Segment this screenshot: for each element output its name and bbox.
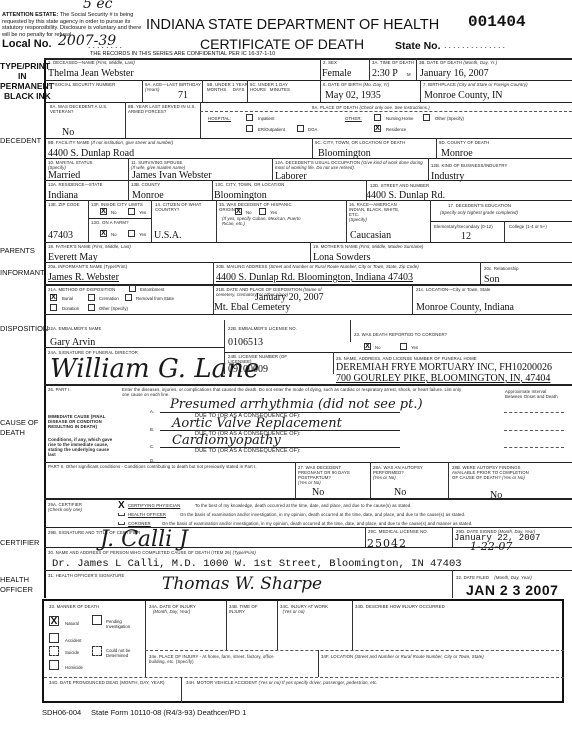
sex-value: Female xyxy=(322,68,351,79)
farm-yes-checkbox[interactable] xyxy=(128,230,135,237)
deceased-name: Thelma Jean Webster xyxy=(48,68,134,79)
embalmer-label: 22a. EMBALMER'S NAME xyxy=(48,326,101,331)
injury-place-label: 34e. PLACE OF INJURY - At home, farm, st… xyxy=(149,654,289,664)
part1-instructions: Enter the diseases, injuries, or complic… xyxy=(122,387,462,397)
disposition-location-label: 21c. LOCATION—City or Town, State xyxy=(416,287,491,292)
education-label: 17. DECEDENT'S EDUCATION xyxy=(448,203,511,208)
spouse-label: 11. SURVIVING SPOUSE(If wife, give maide… xyxy=(131,160,185,170)
funeral-home-line2: 700 GOURLEY PIKE, BLOOMINGTON, IN, 47404 xyxy=(336,373,550,384)
immediate-cause-label: IMMEDIATE CAUSE (Final disease or condit… xyxy=(48,414,118,429)
veteran-label: 8a. WAS DECEDENT A U.S. VETERAN? xyxy=(50,104,120,114)
marital-label: 10. MARITAL STATUS(Specify) xyxy=(48,160,93,170)
side-health: HEALTH xyxy=(0,575,29,584)
informant-address: 4400 S. Dunlap Rd. Bloomington, Indiana … xyxy=(216,272,413,283)
under-1-year-label: 5b. UNDER 1 YEARMonths Days xyxy=(207,82,248,92)
coroner-yes-checkbox[interactable] xyxy=(400,343,407,350)
director-license: 09100009 xyxy=(228,364,268,375)
zip-label: 13e. ZIP CODE xyxy=(48,202,80,207)
date-filed-stamp: JAN 2 3 2007 xyxy=(466,582,558,598)
director-license-label: 24b. LICENSE NUMBER (of Licensee) xyxy=(228,354,288,364)
injury-date-label: 34a. DATE OF INJURY (Month, Day, Year) xyxy=(149,604,196,614)
city-limits-yes-checkbox[interactable] xyxy=(128,208,135,215)
medical-license-value: 25042 xyxy=(367,537,407,550)
completer-label: 30. NAME AND ADDRESS OF PERSON WHO COMPL… xyxy=(48,550,256,555)
burial-checkbox[interactable]: X xyxy=(50,294,57,301)
year-served-label: 8b. YEAR LAST SERVED IN U.S. ARMED FORCE… xyxy=(128,104,206,114)
res-state-label: 13a. RESIDENCE—STATE xyxy=(48,182,103,187)
part2-label: PART II. Other significant conditions - … xyxy=(48,464,257,469)
death-city-label: 9c. CITY, TOWN, OR LOCATION OF DEATH xyxy=(315,140,405,145)
ssn-label: 4. *SOCIAL SECURITY NUMBER xyxy=(48,82,115,87)
pregnant-label: 27. WAS DECEDENT PREGNANT OR 90 DAYS POS… xyxy=(298,465,363,485)
motor-vehicle-label: 34h. MOTOR VEHICLE ACCIDENT (Yes or no) … xyxy=(186,680,378,685)
funeral-home-label: 25. NAME, ADDRESS, AND LICENSE NUMBER OF… xyxy=(336,356,477,361)
city-limits-label: 13f. INSIDE CITY LIMITS xyxy=(91,202,143,207)
time-label: 3a. TIME OF DEATH xyxy=(372,60,414,65)
under-1-day-label: 5c. UNDER 1 DAYHours Minutes xyxy=(250,82,290,92)
serial-number: 001404 xyxy=(468,13,526,31)
disposition-place: Mt. Ebal Cemetery xyxy=(214,302,290,313)
birthplace-label: 7. BIRTHPLACE (City and State or Foreign… xyxy=(423,82,528,87)
informant-name: James R. Webster xyxy=(48,272,119,283)
side-officer: OFFICER xyxy=(0,585,33,594)
disposition-location: Monroe County, Indiana xyxy=(416,302,514,313)
health-officer-signature: Thomas W. Sharpe xyxy=(162,574,322,594)
other-disposition-checkbox[interactable] xyxy=(88,304,95,311)
health-officer-checkbox[interactable] xyxy=(118,513,125,516)
state-no-label: State No. xyxy=(395,40,441,52)
manner-label: 33. MANNER OF DEATH xyxy=(49,604,99,609)
age-value: 71 xyxy=(178,90,188,101)
res-county-label: 13b. COUNTY xyxy=(131,182,160,187)
other-specify-checkbox[interactable] xyxy=(423,114,430,121)
findings-label: 28b. WERE AUTOPSY FINDINGS AVAILABLE PRI… xyxy=(452,465,532,480)
side-informant: INFORMANT xyxy=(0,268,45,277)
accident-checkbox[interactable] xyxy=(49,633,59,643)
cause-line-c: Cardiomyopathy xyxy=(172,433,281,448)
state-no-field[interactable]: .............. xyxy=(444,40,507,50)
completer-value: Dr. James L Calli, M.D. 1000 W. 1st Stre… xyxy=(52,558,462,570)
side-cause-of: CAUSE OF xyxy=(0,418,38,427)
farm-label: 13g. ON A FARM? xyxy=(91,220,129,225)
side-in: IN xyxy=(18,72,27,81)
city-limits-no-checkbox[interactable]: X xyxy=(100,208,107,215)
side-death: DEATH xyxy=(0,428,25,437)
health-officer-option[interactable]: HEALTH OFFICER xyxy=(128,512,166,517)
coroner-label: 23. WAS DEATH REPORTED TO CORONER? xyxy=(354,332,447,337)
pregnant-value: No xyxy=(312,487,324,498)
embalmer-license: 0106513 xyxy=(228,337,263,348)
mother-label: 19. MOTHER'S NAME (First, Middle, Maiden… xyxy=(313,244,424,249)
informant-address-label: 20b. MAILING ADDRESS (Street and Number … xyxy=(216,264,419,269)
certifying-physician-option[interactable]: CERTIFYING PHYSICIAN xyxy=(128,503,180,508)
father-label: 18. FATHER'S NAME (First, Middle, Last) xyxy=(48,244,131,249)
funeral-home-line1: DEREMIAH FRYE MORTUARY INC, FH10200026 xyxy=(336,362,552,373)
doa-checkbox[interactable] xyxy=(297,125,304,132)
pronounced-dead-label: 34g. DATE PRONOUNCED DEAD (Month, Day, Y… xyxy=(49,680,165,685)
side-type-print: TYPE/PRINT xyxy=(0,62,50,71)
dob-value: May 02, 1935 xyxy=(325,90,381,101)
coroner-checkbox[interactable] xyxy=(118,522,125,525)
removal-checkbox[interactable] xyxy=(125,294,132,301)
side-decedent: DECEDENT xyxy=(0,136,41,145)
veteran-value: No xyxy=(62,127,74,138)
citizen-label: 14. CITIZEN OF WHAT COUNTRY? xyxy=(155,202,210,212)
place-of-death-label: 9a. PLACE OF DEATH (Check only one. See … xyxy=(312,105,430,110)
form-name: State Form 10110-08 (R4/3-93) Deathcer/P… xyxy=(91,708,246,717)
date-of-death-label: 3b. DATE OF DEATH (Month, Day, Yr.) xyxy=(419,60,497,65)
part1-label: 26. PART I. xyxy=(48,387,71,392)
form-code: SDH06-004 xyxy=(42,708,81,717)
education-elem-value: 12 xyxy=(461,231,471,242)
citizen-value: U.S.A. xyxy=(154,230,182,241)
homicide-checkbox[interactable] xyxy=(49,660,59,670)
nursing-home-checkbox[interactable] xyxy=(374,114,381,121)
hispanic-no-checkbox[interactable]: X xyxy=(235,208,242,215)
date-of-death: January 16, 2007 xyxy=(420,68,489,79)
occupation-label: 12a. DECEDENT'S USUAL OCCUPATION (Give k… xyxy=(275,160,425,170)
certifier-signature: J. Calli J xyxy=(100,527,188,552)
industry-label: 12b. KIND OF BUSINESS/INDUSTRY xyxy=(431,163,507,168)
time-value: 2:30 P xyxy=(372,68,398,79)
zip-value: 47403 xyxy=(48,230,73,241)
inpatient-checkbox[interactable] xyxy=(246,114,253,121)
side-disposition: DISPOSITION xyxy=(0,324,48,333)
side-certifier: CERTIFIER xyxy=(0,538,39,547)
attention-label: ATTENTION ESTATE: xyxy=(2,12,58,18)
date-filed-label: 32. DATE FILED (Month, Day, Year) xyxy=(456,575,532,580)
relationship-label: 20c. Relationship xyxy=(484,266,519,271)
er-outpatient-checkbox[interactable] xyxy=(246,125,253,132)
health-officer-signature-label: 31. HEALTH OFFICER'S SIGNATURE xyxy=(48,573,124,578)
suicide-checkbox[interactable] xyxy=(49,646,59,656)
informant-name-label: 20a. INFORMANT'S NAME (Type/Print) xyxy=(48,264,127,269)
name-label: 1. DECEASED—NAME (First, Middle, Last) xyxy=(48,60,135,65)
other-label: OTHER: xyxy=(345,116,362,121)
donation-checkbox[interactable] xyxy=(50,304,57,311)
undetermined-checkbox[interactable] xyxy=(92,646,102,656)
side-parents: PARENTS xyxy=(0,246,35,255)
injury-location-label: 34f. LOCATION (Street and Number or Rura… xyxy=(321,654,484,659)
res-street-label: 13d. STREET AND NUMBER xyxy=(370,183,429,188)
birthplace-value: Monroe County, IN xyxy=(424,90,503,101)
race-label: 16. RACE—American Indian, Black, White, … xyxy=(349,202,409,222)
agency-name: INDIANA STATE DEPARTMENT OF HEALTH xyxy=(146,17,439,33)
coroner-option[interactable]: CORONER xyxy=(128,521,151,526)
death-county-label: 9d. COUNTY OF DEATH xyxy=(439,140,489,145)
sex-label: 2. SEX xyxy=(323,60,337,65)
entombment-checkbox[interactable] xyxy=(129,285,136,292)
pending-checkbox[interactable] xyxy=(92,615,102,625)
disposition-method-label: 21a. METHOD OF DISPOSITION xyxy=(48,287,115,292)
confidential-note: THE RECORDS IN THIS SERIES ARE CONFIDENT… xyxy=(90,51,275,57)
certifier-label: 29a. CERTIFIER(Check only one) xyxy=(48,502,82,512)
cause-line-a: Presumed arrhythmia (did not see pt.) xyxy=(170,397,423,412)
education-college-label: College (1-4 or 5+) xyxy=(509,224,547,229)
certifying-physician-checkmark[interactable]: X xyxy=(118,500,125,511)
handwritten-note: 5 ec xyxy=(83,0,112,12)
certificate-title: CERTIFICATE OF DEATH xyxy=(200,36,364,52)
embalmer-license-label: 22b. EMBALMER'S LICENSE NO. xyxy=(228,326,297,331)
facility-label: 9b. FACILITY NAME (If not institution, g… xyxy=(48,140,173,145)
cause-line-b: Aortic Valve Replacement xyxy=(172,416,342,431)
farm-no-checkbox[interactable]: X xyxy=(100,230,107,237)
conditions-label: Conditions, if any, which gave rise to t… xyxy=(48,437,118,457)
residence-checkbox[interactable]: X xyxy=(374,125,381,132)
age-label: 5a. AGE—Last Birthday(Years) xyxy=(145,82,201,92)
injury-how-label: 34d. DESCRIBE HOW INJURY OCCURRED xyxy=(355,604,445,609)
hispanic-yes-checkbox[interactable] xyxy=(259,208,266,215)
local-no-label: Local No. xyxy=(2,38,52,50)
autopsy-label: 28a. WAS AN AUTOPSY PERFORMED?(Yes or No… xyxy=(373,465,428,480)
education-elem-label: Elementary/Secondary (0-12) xyxy=(434,224,493,229)
natural-checkbox[interactable]: X xyxy=(49,616,59,626)
interval-label: Approximate Interval Between Onset and D… xyxy=(505,389,565,399)
coroner-no-checkbox[interactable]: X xyxy=(364,343,371,350)
race-value: Caucasian xyxy=(350,230,391,241)
cremation-checkbox[interactable] xyxy=(88,294,95,301)
autopsy-value: No xyxy=(394,487,406,498)
hospital-label: HOSPITAL: xyxy=(208,116,231,121)
injury-work-label: 34c. INJURY AT WORK (Yes or no) xyxy=(280,604,328,614)
res-city-label: 13c. CITY, TOWN, OR LOCATION xyxy=(215,182,284,187)
medical-license-label: 29c. MEDICAL LICENSE NO. xyxy=(368,529,428,534)
injury-time-label: 34b. TIME OF INJURY xyxy=(229,604,269,614)
dob-label: 6. DATE OF BIRTH (Mo. Day, Yr) xyxy=(323,82,389,87)
